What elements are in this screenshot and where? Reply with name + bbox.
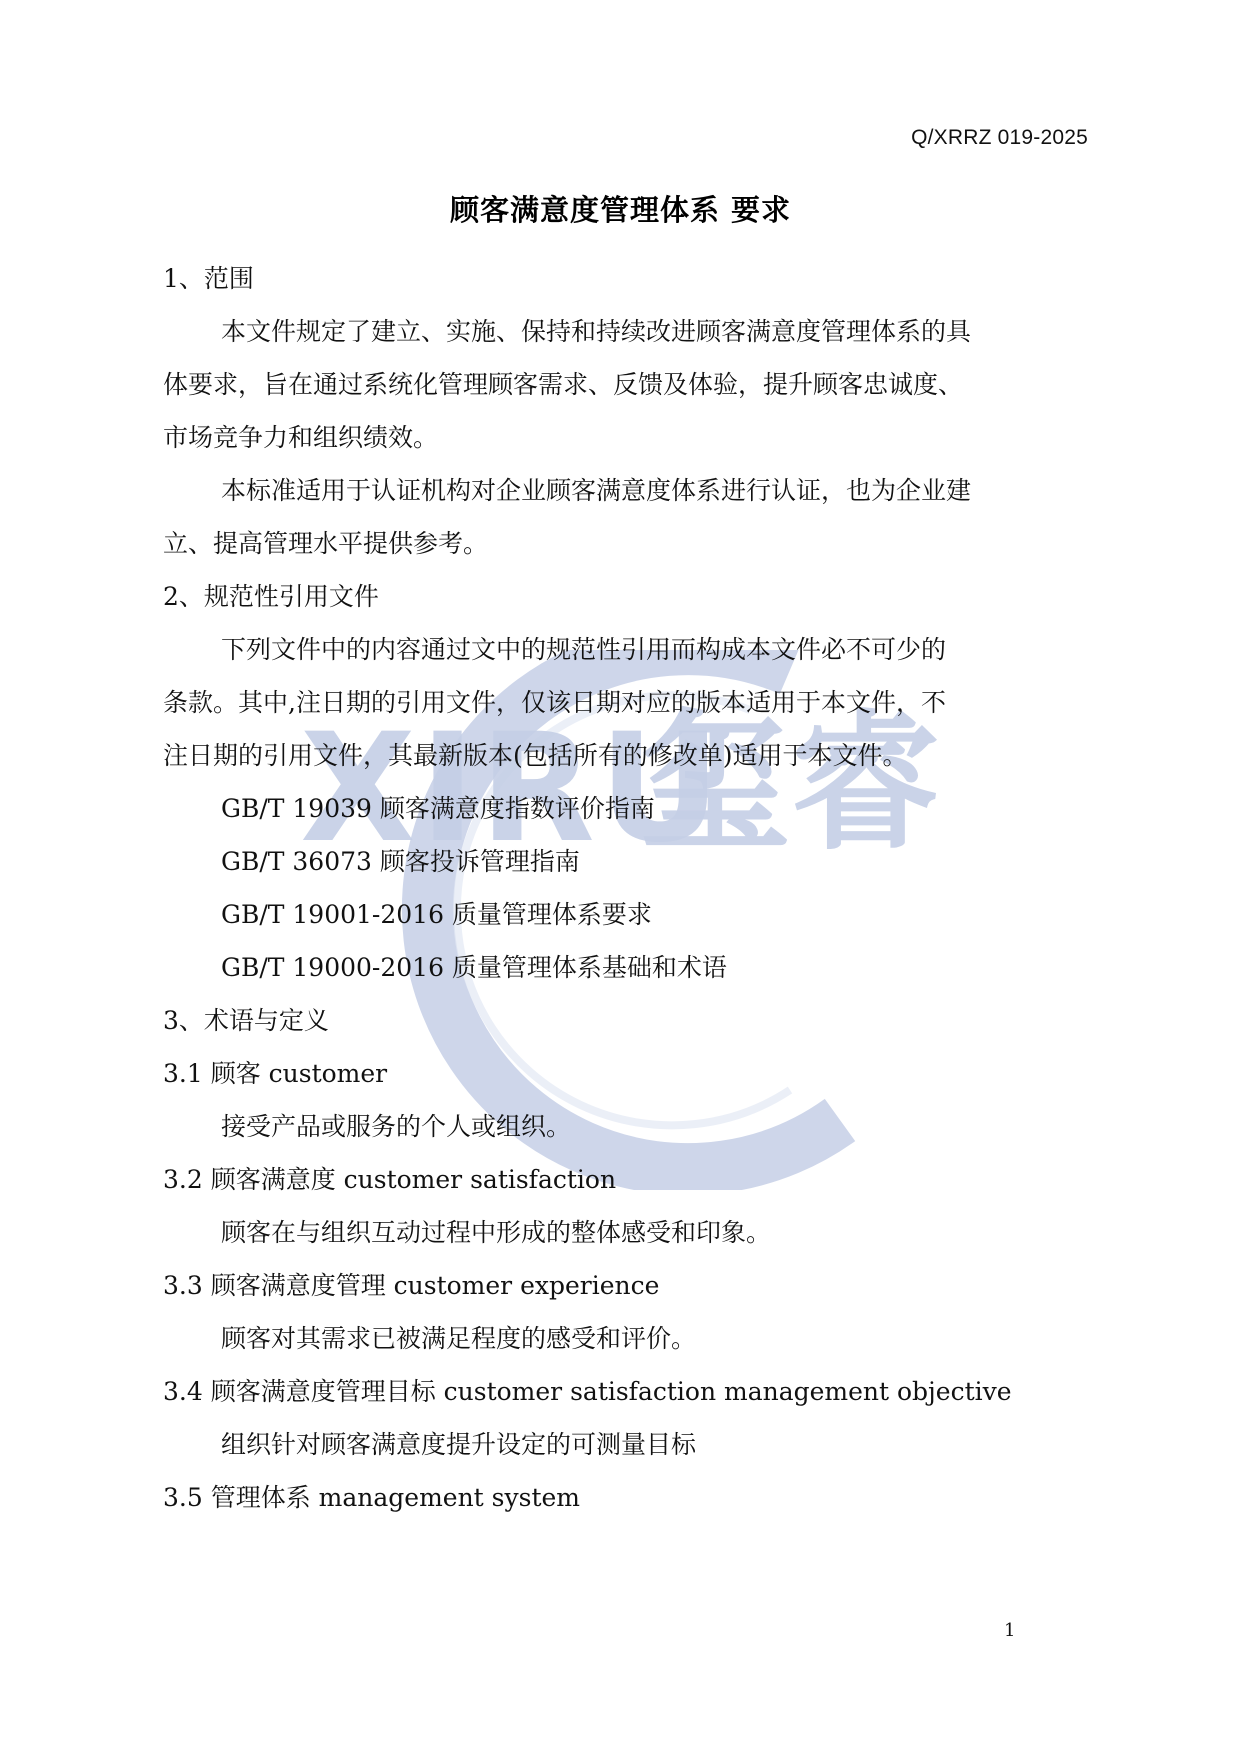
paragraph-line: 条款。其中,注日期的引用文件，仅该日期对应的版本适用于本文件，不 [163, 676, 1095, 729]
term-definition: 组织针对顾客满意度提升设定的可测量目标 [163, 1418, 1095, 1471]
paragraph-line: 下列文件中的内容通过文中的规范性引用而构成本文件必不可少的 [163, 623, 1095, 676]
term-heading: 3.3 顾客满意度管理 customer experience [163, 1259, 1095, 1312]
document-page: XIRU 玺睿 Q/XRRZ 019-2025 顾客满意度管理体系 要求 1、范… [0, 0, 1241, 1754]
term-heading: 3.1 顾客 customer [163, 1047, 1095, 1100]
reference-item: GB/T 19001-2016 质量管理体系要求 [163, 888, 1095, 941]
paragraph-line: 立、提高管理水平提供参考。 [163, 517, 1095, 570]
document-title: 顾客满意度管理体系 要求 [0, 188, 1241, 229]
paragraph-line: 体要求，旨在通过系统化管理顾客需求、反馈及体验，提升顾客忠诚度、 [163, 358, 1095, 411]
term-definition: 顾客在与组织互动过程中形成的整体感受和印象。 [163, 1206, 1095, 1259]
reference-item: GB/T 19039 顾客满意度指数评价指南 [163, 782, 1095, 835]
paragraph-line: 本标准适用于认证机构对企业顾客满意度体系进行认证，也为企业建 [163, 464, 1095, 517]
page-number: 1 [1004, 1620, 1015, 1641]
term-definition: 顾客对其需求已被满足程度的感受和评价。 [163, 1312, 1095, 1365]
section-heading-normative-references: 2、规范性引用文件 [163, 570, 1095, 623]
reference-item: GB/T 19000-2016 质量管理体系基础和术语 [163, 941, 1095, 994]
paragraph-line: 本文件规定了建立、实施、保持和持续改进顾客满意度管理体系的具 [163, 305, 1095, 358]
section-heading-scope: 1、范围 [163, 252, 1095, 305]
term-heading: 3.5 管理体系 management system [163, 1471, 1095, 1524]
paragraph-line: 市场竞争力和组织绩效。 [163, 411, 1095, 464]
section-heading-terms-definitions: 3、术语与定义 [163, 994, 1095, 1047]
document-code: Q/XRRZ 019-2025 [911, 126, 1088, 150]
term-definition: 接受产品或服务的个人或组织。 [163, 1100, 1095, 1153]
term-heading: 3.2 顾客满意度 customer satisfaction [163, 1153, 1095, 1206]
paragraph-line: 注日期的引用文件，其最新版本(包括所有的修改单)适用于本文件。 [163, 729, 1095, 782]
document-body: 1、范围 本文件规定了建立、实施、保持和持续改进顾客满意度管理体系的具 体要求，… [163, 252, 1095, 1524]
term-heading: 3.4 顾客满意度管理目标 customer satisfaction mana… [163, 1365, 1095, 1418]
reference-item: GB/T 36073 顾客投诉管理指南 [163, 835, 1095, 888]
